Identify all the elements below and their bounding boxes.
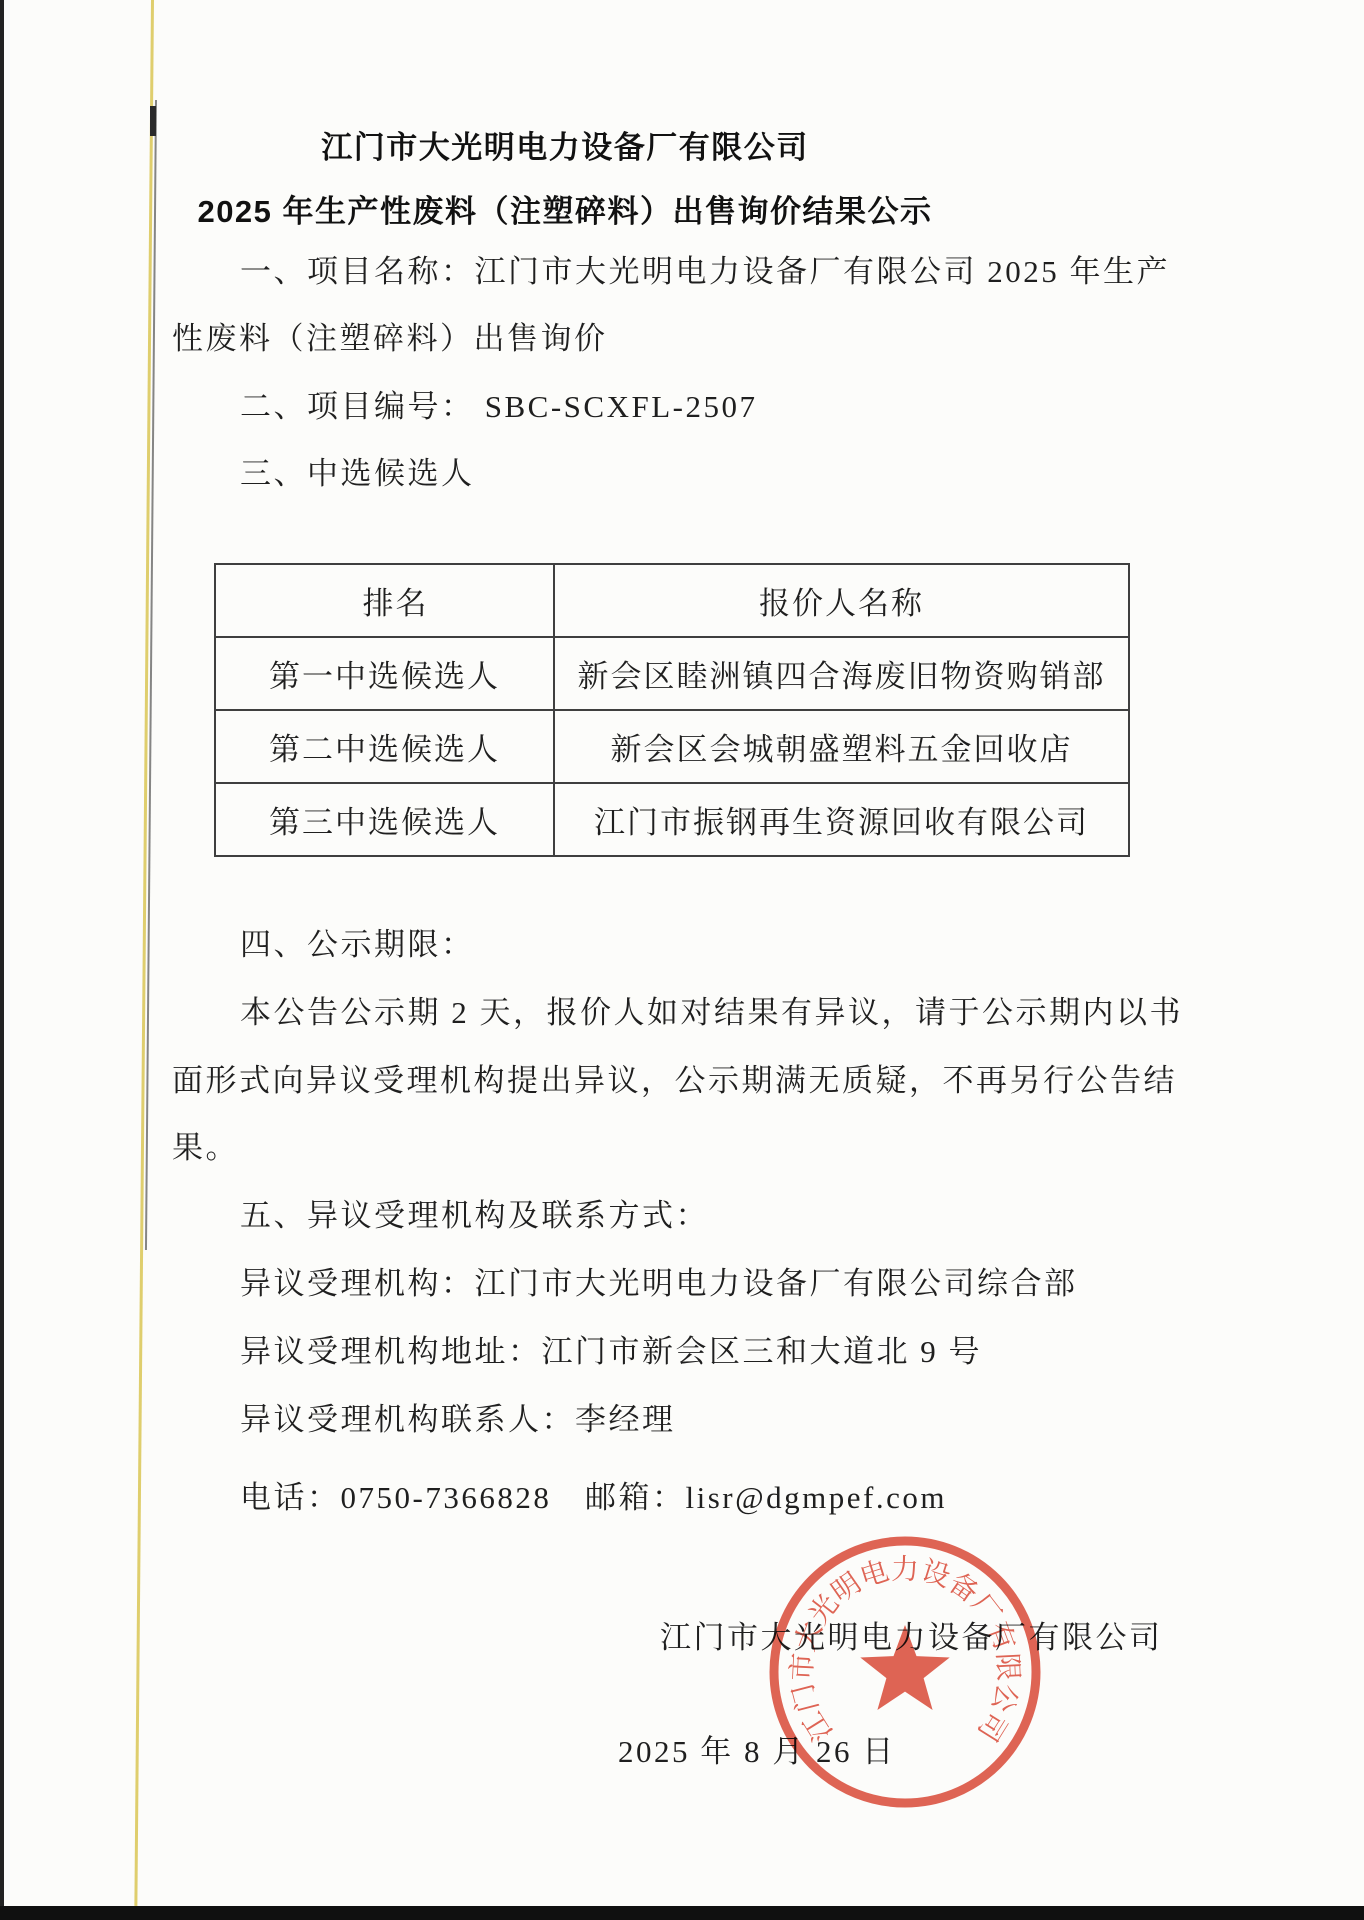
scan-fold-line bbox=[134, 0, 154, 1906]
publicity-period-heading: 四、公示期限： bbox=[240, 919, 475, 964]
candidates-heading: 三、中选候选人 bbox=[240, 448, 475, 493]
page-title-line2: 2025 年生产性废料（注塑碎料）出售询价结果公示 bbox=[0, 186, 1130, 231]
publicity-paragraph-line3: 果。 bbox=[172, 1122, 239, 1167]
project-name-line1: 一、项目名称：江门市大光明电力设备厂有限公司 2025 年生产 bbox=[240, 246, 1170, 291]
publicity-paragraph-line1: 本公告公示期 2 天，报价人如对结果有异议，请于公示期内以书 bbox=[240, 987, 1183, 1032]
objection-address-line: 异议受理机构地址：江门市新会区三和大道北 9 号 bbox=[240, 1326, 982, 1371]
table-row: 第二中选候选人 新会区会城朝盛塑料五金回收店 bbox=[215, 710, 1129, 783]
project-name-line2: 性废料（注塑碎料）出售询价 bbox=[172, 313, 608, 358]
email-line: 邮箱：lisr@dgmpef.com bbox=[585, 1472, 947, 1517]
company-seal: 江门市大光明电力设备厂有限公司 bbox=[765, 1532, 1045, 1812]
svg-text:力: 力 bbox=[891, 1554, 919, 1586]
rank-cell: 第一中选候选人 bbox=[215, 637, 554, 710]
objection-contact-line: 异议受理机构联系人：李经理 bbox=[240, 1394, 676, 1439]
column-header-bidder: 报价人名称 bbox=[554, 564, 1129, 637]
seal-star-icon bbox=[860, 1625, 949, 1710]
publicity-paragraph-line2: 面形式向异议受理机构提出异议，公示期满无质疑，不再另行公告结 bbox=[172, 1055, 1177, 1100]
objection-org-line: 异议受理机构：江门市大光明电力设备厂有限公司综合部 bbox=[240, 1258, 1078, 1303]
column-header-rank: 排名 bbox=[215, 564, 554, 637]
rank-cell: 第三中选候选人 bbox=[215, 783, 554, 856]
rank-cell: 第二中选候选人 bbox=[215, 710, 554, 783]
candidates-table: 排名 报价人名称 第一中选候选人 新会区睦洲镇四合海废旧物资购销部 第二中选候选… bbox=[214, 563, 1130, 857]
phone-line: 电话：0750-7366828 bbox=[240, 1472, 551, 1517]
bidder-cell: 新会区会城朝盛塑料五金回收店 bbox=[554, 710, 1129, 783]
svg-text:市: 市 bbox=[786, 1652, 819, 1682]
project-number-line: 二、项目编号： SBC-SCXFL-2507 bbox=[240, 381, 757, 426]
table-row: 第三中选候选人 江门市振钢再生资源回收有限公司 bbox=[215, 783, 1129, 856]
document-page: 江门市大光明电力设备厂有限公司 2025 年生产性废料（注塑碎料）出售询价结果公… bbox=[0, 0, 1364, 1920]
bidder-cell: 新会区睦洲镇四合海废旧物资购销部 bbox=[554, 637, 1129, 710]
bidder-cell: 江门市振钢再生资源回收有限公司 bbox=[554, 783, 1129, 856]
svg-text:限: 限 bbox=[991, 1652, 1023, 1682]
scan-edge-left bbox=[0, 0, 4, 1920]
objection-heading: 五、异议受理机构及联系方式： bbox=[240, 1190, 709, 1235]
scan-edge-bottom bbox=[0, 1906, 1364, 1920]
table-row: 第一中选候选人 新会区睦洲镇四合海废旧物资购销部 bbox=[215, 637, 1129, 710]
page-title-line1: 江门市大光明电力设备厂有限公司 bbox=[0, 122, 1130, 167]
table-header-row: 排名 报价人名称 bbox=[215, 564, 1129, 637]
